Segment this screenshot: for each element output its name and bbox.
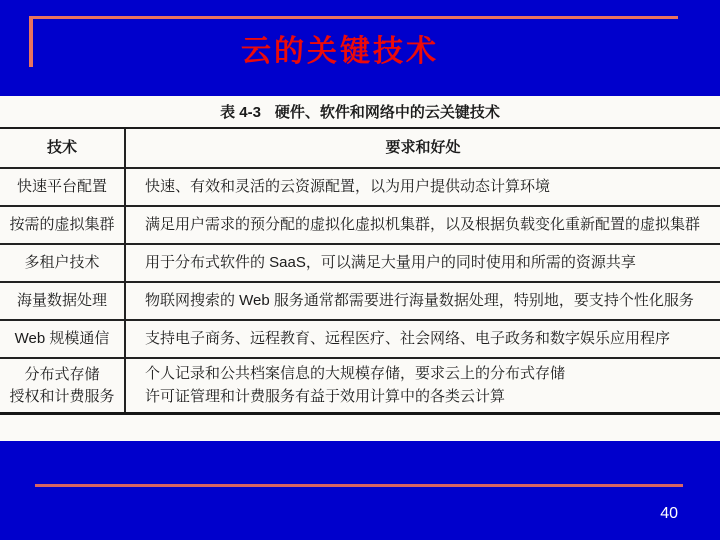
- benefit-cell: 用于分布式软件的 SaaS，可以满足大量用户的同时使用和所需的资源共享: [126, 245, 720, 281]
- benefit-cell: 快速、有效和灵活的云资源配置，以为用户提供动态计算环境: [126, 169, 720, 205]
- table-header-tech: 技术: [0, 129, 126, 167]
- table-header-benefit: 要求和好处: [126, 129, 720, 167]
- page-number: 40: [660, 504, 678, 524]
- table-row: 分布式存储 授权和计费服务 个人记录和公共档案信息的大规模存储，要求云上的分布式…: [0, 359, 720, 412]
- tech-cell: 快速平台配置: [0, 169, 126, 205]
- table-header-row: 技术 要求和好处: [0, 129, 720, 169]
- table-row: 快速平台配置 快速、有效和灵活的云资源配置，以为用户提供动态计算环境: [0, 169, 720, 207]
- table-row: 多租户技术 用于分布式软件的 SaaS，可以满足大量用户的同时使用和所需的资源共…: [0, 245, 720, 283]
- table-caption: 表 4-3硬件、软件和网络中的云关键技术: [0, 103, 720, 123]
- slide-title: 云的关键技术: [0, 26, 680, 70]
- tech-cell: 按需的虚拟集群: [0, 207, 126, 243]
- table-row: 按需的虚拟集群 满足用户需求的预分配的虚拟化虚拟机集群，以及根据负载变化重新配置…: [0, 207, 720, 245]
- footer-divider-line: [35, 484, 683, 487]
- tech-cell: 海量数据处理: [0, 283, 126, 319]
- benefit-cell: 支持电子商务、远程教育、远程医疗、社会网络、电子政务和数字娱乐应用程序: [126, 321, 720, 357]
- key-tech-table: 技术 要求和好处 快速平台配置 快速、有效和灵活的云资源配置，以为用户提供动态计…: [0, 127, 720, 415]
- table-row: Web 规模通信 支持电子商务、远程教育、远程医疗、社会网络、电子政务和数字娱乐…: [0, 321, 720, 359]
- title-frame-top-line: [30, 16, 678, 19]
- table-caption-text: 硬件、软件和网络中的云关键技术: [275, 104, 500, 121]
- table-scan-area: 表 4-3硬件、软件和网络中的云关键技术 技术 要求和好处 快速平台配置 快速、…: [0, 96, 720, 441]
- benefit-cell: 个人记录和公共档案信息的大规模存储，要求云上的分布式存储 许可证管理和计费服务有…: [126, 359, 720, 412]
- tech-cell: Web 规模通信: [0, 321, 126, 357]
- table-caption-label: 表 4-3: [220, 104, 261, 121]
- tech-cell: 分布式存储 授权和计费服务: [0, 359, 126, 412]
- tech-cell: 多租户技术: [0, 245, 126, 281]
- benefit-cell: 物联网搜索的 Web 服务通常都需要进行海量数据处理，特别地，要支持个性化服务: [126, 283, 720, 319]
- presentation-slide: 云的关键技术 表 4-3硬件、软件和网络中的云关键技术 技术 要求和好处 快速平…: [0, 0, 720, 540]
- benefit-cell: 满足用户需求的预分配的虚拟化虚拟机集群，以及根据负载变化重新配置的虚拟集群: [126, 207, 720, 243]
- table-row: 海量数据处理 物联网搜索的 Web 服务通常都需要进行海量数据处理，特别地，要支…: [0, 283, 720, 321]
